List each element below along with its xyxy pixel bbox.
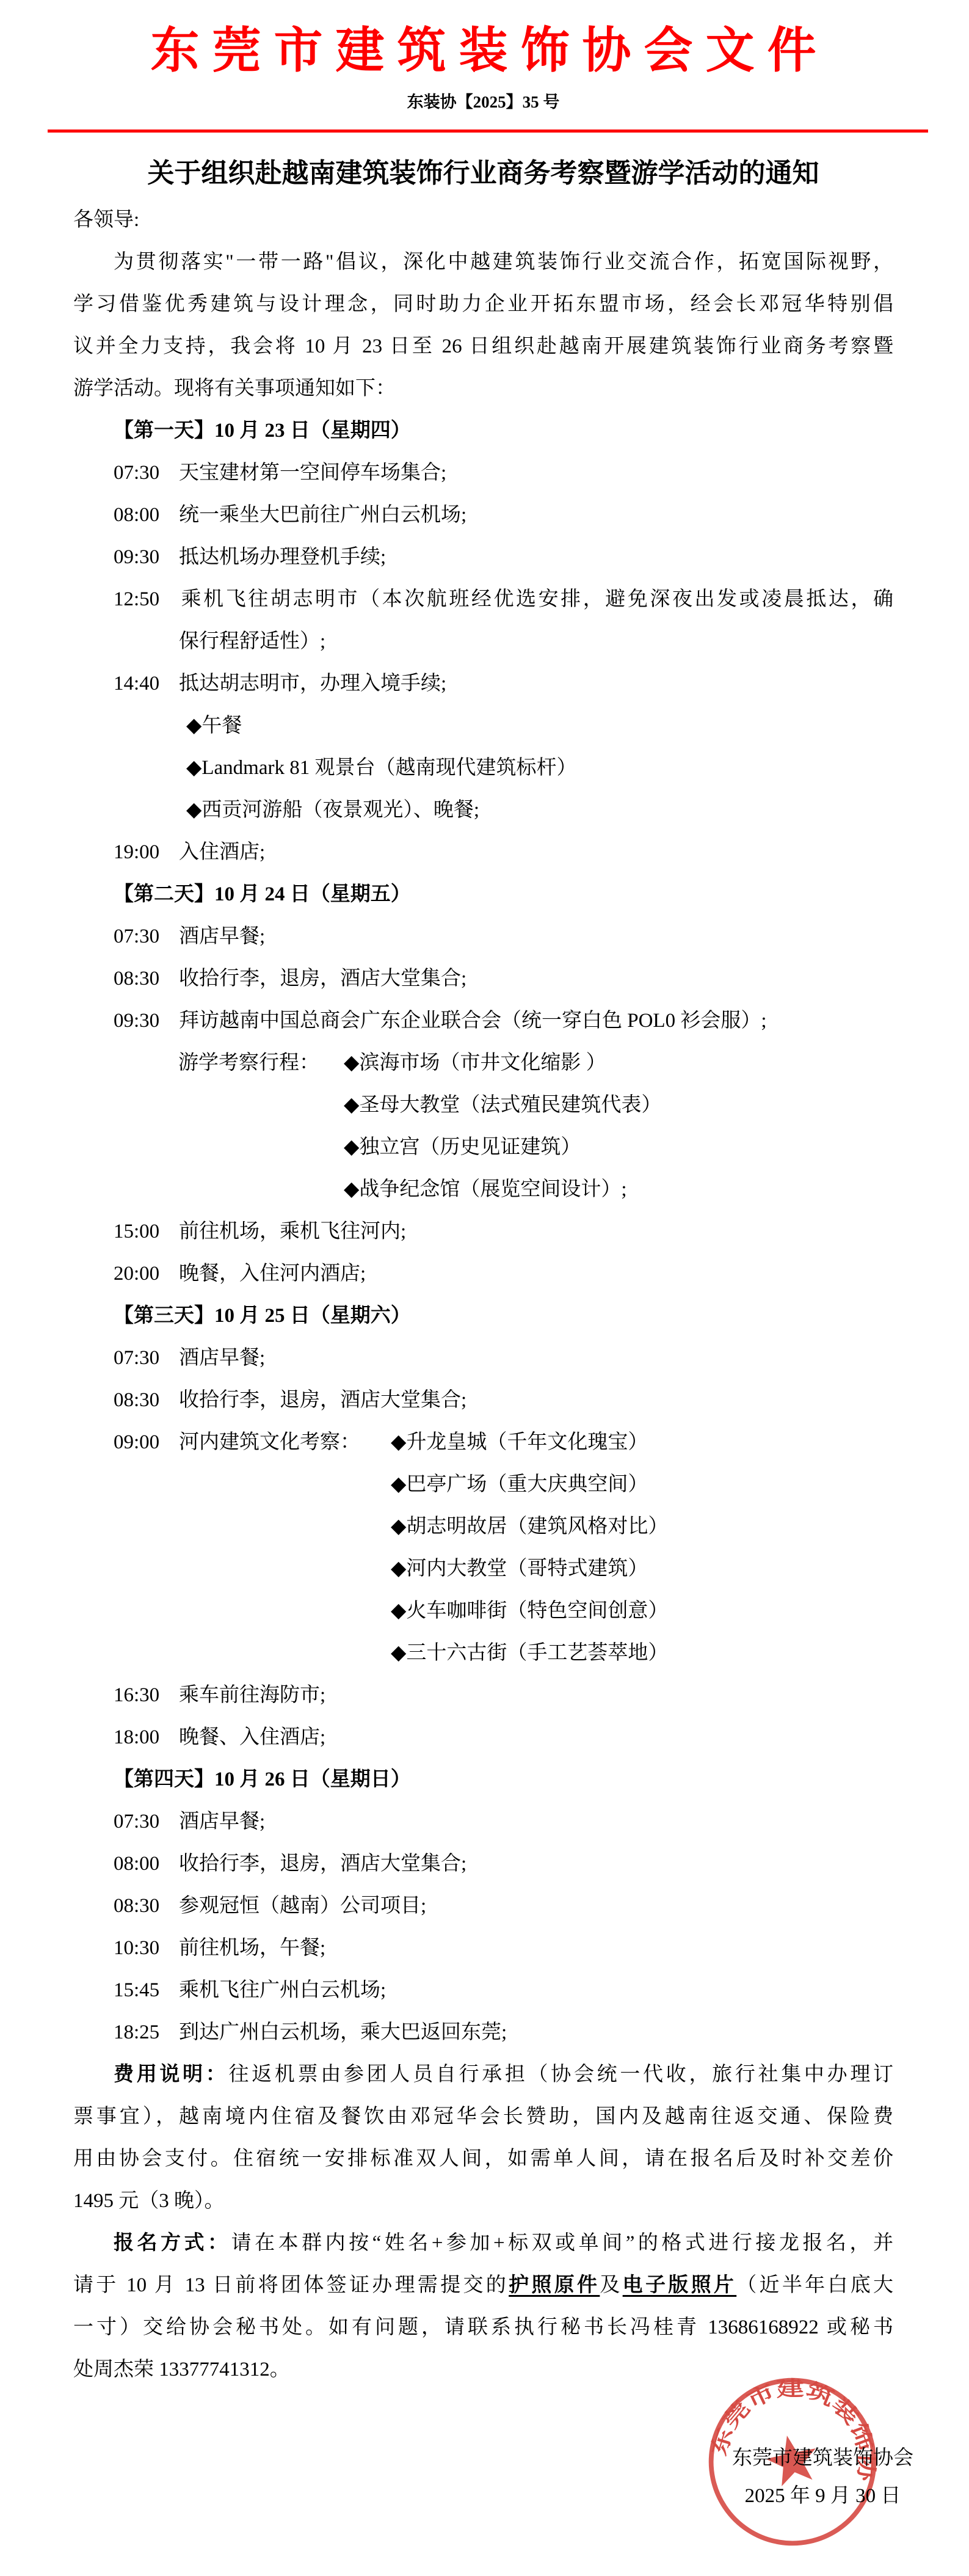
doc-line: 学习借鉴优秀建筑与设计理念，同时助力企业开拓东盟市场，经会长邓冠华特别倡 bbox=[73, 283, 893, 326]
doc-line: 08:00收拾行李，退房，酒店大堂集合; bbox=[73, 1843, 893, 1885]
doc-line: 16:30乘车前往海防市; bbox=[73, 1674, 893, 1717]
time-label: 07:30 bbox=[114, 916, 179, 958]
doc-line: 游学考察行程：◆滨海市场（市井文化缩影 ） bbox=[73, 1042, 893, 1084]
text-run: 请在本群内按“姓名+参加+标双或单间”的格式进行接龙报名，并 bbox=[231, 2232, 893, 2254]
text-run: （近半年白底大 bbox=[736, 2274, 893, 2296]
time-label: 07:30 bbox=[114, 1337, 179, 1379]
text-run: 晚餐、入住酒店; bbox=[179, 1726, 325, 1748]
text-run: 【第一天】10 月 23 日（星期四） bbox=[114, 420, 411, 442]
time-label: 16:30 bbox=[114, 1674, 179, 1717]
time-label: 07:30 bbox=[114, 452, 179, 494]
text-run: 电子版照片 bbox=[623, 2274, 737, 2296]
doc-line: 08:00统一乘坐大巴前往广州白云机场; bbox=[73, 494, 893, 536]
doc-line: 07:30酒店早餐; bbox=[73, 916, 893, 958]
signature-org: 东莞市建筑装饰协会 bbox=[732, 2439, 913, 2477]
text-run: ◆午餐 bbox=[186, 715, 242, 737]
text-run: 【第四天】10 月 26 日（星期日） bbox=[114, 1768, 411, 1790]
doc-line: 08:30收拾行李，退房，酒店大堂集合; bbox=[73, 1379, 893, 1421]
time-label: 08:00 bbox=[114, 1843, 179, 1885]
text-run: 游学活动。现将有关事项通知如下： bbox=[73, 378, 396, 400]
text-run: 一寸）交给协会秘书处。如有问题，请联系执行秘书长冯桂青 13686168922 … bbox=[73, 2316, 893, 2338]
time-label: 15:45 bbox=[114, 1969, 179, 2012]
text-run: 费用说明： bbox=[114, 2063, 229, 2085]
time-label: 20:00 bbox=[114, 1253, 179, 1295]
text-run: 前往机场，午餐; bbox=[179, 1937, 325, 1959]
doc-line: 处周杰荣 13377741312。 bbox=[73, 2349, 893, 2391]
time-label: 10:30 bbox=[114, 1927, 179, 1969]
doc-line: 08:30参观冠恒（越南）公司项目; bbox=[73, 1885, 893, 1927]
doc-line: 【第三天】10 月 25 日（星期六） bbox=[73, 1295, 893, 1337]
time-label: 08:30 bbox=[114, 958, 179, 1000]
text-run: ◆圣母大教堂（法式殖民建筑代表） bbox=[344, 1094, 661, 1116]
time-label: 15:00 bbox=[114, 1211, 179, 1253]
doc-line: 【第四天】10 月 26 日（星期日） bbox=[73, 1759, 893, 1801]
text-run: 处周杰荣 13377741312。 bbox=[73, 2359, 290, 2381]
text-run: 各领导: bbox=[73, 209, 139, 231]
text-run: 抵达胡志明市，办理入境手续; bbox=[179, 673, 446, 695]
document-body: 各领导:为贯彻落实"一带一路"倡议，深化中越建筑装饰行业交流合作，拓宽国际视野，… bbox=[73, 199, 893, 2391]
text-run: 乘机飞往胡志明市（本次航班经优选安排，避免深夜出发或凌晨抵达，确 bbox=[179, 588, 893, 610]
doc-line: ◆西贡河游船（夜景观光）、晚餐; bbox=[73, 789, 893, 831]
signature-block: 东莞市建筑装饰协会 2025 年 9 月 30 日 bbox=[732, 2439, 913, 2515]
doc-line: ◆火车咖啡街（特色空间创意） bbox=[73, 1590, 893, 1632]
text-run: 到达广州白云机场，乘大巴返回东莞; bbox=[179, 2021, 507, 2043]
doc-line: 15:45乘机飞往广州白云机场; bbox=[73, 1969, 893, 2012]
text-run: 收拾行李，退房，酒店大堂集合; bbox=[179, 1389, 466, 1411]
text-run: 请于 10 月 13 日前将团体签证办理需提交的 bbox=[73, 2274, 509, 2296]
text-run: 乘机飞往广州白云机场; bbox=[179, 1979, 386, 2001]
time-label: 12:50 bbox=[114, 578, 179, 621]
text-run: ◆独立宫（历史见证建筑） bbox=[344, 1136, 581, 1158]
doc-line: ◆独立宫（历史见证建筑） bbox=[73, 1126, 893, 1169]
doc-line: 09:00河内建筑文化考察：◆升龙皇城（千年文化瑰宝） bbox=[73, 1421, 893, 1464]
doc-line: 07:30酒店早餐; bbox=[73, 1801, 893, 1843]
doc-line: 议并全力支持，我会将 10 月 23 日至 26 日组织赴越南开展建筑装饰行业商… bbox=[73, 326, 893, 368]
doc-line: 票事宜），越南境内住宿及餐饮由邓冠华会长赞助，国内及越南往返交通、保险费 bbox=[73, 2096, 893, 2138]
doc-line: 18:00晚餐、入住酒店; bbox=[73, 1717, 893, 1759]
time-label: 09:30 bbox=[114, 536, 179, 578]
doc-line: 一寸）交给协会秘书处。如有问题，请联系执行秘书长冯桂青 13686168922 … bbox=[73, 2307, 893, 2349]
text-run: 学习借鉴优秀建筑与设计理念，同时助力企业开拓东盟市场，经会长邓冠华特别倡 bbox=[73, 293, 893, 315]
text-run: 乘车前往海防市; bbox=[179, 1684, 325, 1706]
doc-line: 07:30天宝建材第一空间停车场集合; bbox=[73, 452, 893, 494]
time-label: 07:30 bbox=[114, 1801, 179, 1843]
text-run: 议并全力支持，我会将 10 月 23 日至 26 日组织赴越南开展建筑装饰行业商… bbox=[73, 335, 893, 357]
doc-line: 报名方式：请在本群内按“姓名+参加+标双或单间”的格式进行接龙报名，并 bbox=[73, 2222, 893, 2264]
doc-line: 12:50乘机飞往胡志明市（本次航班经优选安排，避免深夜出发或凌晨抵达，确 bbox=[73, 578, 893, 621]
doc-line: 费用说明：往返机票由参团人员自行承担（协会统一代收，旅行社集中办理订 bbox=[73, 2054, 893, 2096]
text-run: 酒店早餐; bbox=[179, 1811, 265, 1833]
text-run: 晚餐，入住河内酒店; bbox=[179, 1263, 366, 1285]
time-label: 08:00 bbox=[114, 494, 179, 536]
doc-line: ◆战争纪念馆（展览空间设计）; bbox=[73, 1169, 893, 1211]
text-run: 入住酒店; bbox=[179, 841, 265, 863]
doc-line: 09:30抵达机场办理登机手续; bbox=[73, 536, 893, 578]
text-run: ◆胡志明故居（建筑风格对比） bbox=[391, 1516, 668, 1538]
text-run: 游学考察行程： bbox=[178, 1052, 319, 1074]
text-run: ◆河内大教堂（哥特式建筑） bbox=[391, 1558, 648, 1580]
text-run: 保行程舒适性）; bbox=[179, 630, 325, 652]
time-label: 08:30 bbox=[114, 1885, 179, 1927]
doc-line: 【第一天】10 月 23 日（星期四） bbox=[73, 410, 893, 452]
text-run: ◆火车咖啡街（特色空间创意） bbox=[391, 1600, 668, 1622]
text-run: 抵达机场办理登机手续; bbox=[179, 546, 386, 568]
text-run: 河内建筑文化考察： bbox=[179, 1431, 360, 1453]
text-run: ◆升龙皇城（千年文化瑰宝） bbox=[391, 1431, 648, 1453]
doc-line: 15:00前往机场，乘机飞往河内; bbox=[73, 1211, 893, 1253]
text-run: 为贯彻落实"一带一路"倡议，深化中越建筑装饰行业交流合作，拓宽国际视野， bbox=[114, 251, 893, 273]
text-run: 【第三天】10 月 25 日（星期六） bbox=[114, 1305, 411, 1327]
text-run: 1495 元（3 晚）。 bbox=[73, 2190, 225, 2212]
doc-line: 10:30前往机场，午餐; bbox=[73, 1927, 893, 1969]
text-run: ◆Landmark 81 观景台（越南现代建筑标杆） bbox=[186, 757, 577, 779]
doc-line: 游学活动。现将有关事项通知如下： bbox=[73, 368, 893, 410]
doc-line: ◆午餐 bbox=[73, 705, 893, 747]
doc-line: 08:30收拾行李，退房，酒店大堂集合; bbox=[73, 958, 893, 1000]
text-run: 报名方式： bbox=[114, 2232, 231, 2254]
text-run: 收拾行李，退房，酒店大堂集合; bbox=[179, 1853, 466, 1875]
time-label: 09:30 bbox=[114, 1000, 179, 1042]
time-label: 18:25 bbox=[114, 2012, 179, 2054]
doc-line: ◆Landmark 81 观景台（越南现代建筑标杆） bbox=[73, 747, 893, 789]
notice-title: 关于组织赴越南建筑装饰行业商务考察暨游学活动的通知 bbox=[73, 157, 893, 190]
time-label: 19:00 bbox=[114, 831, 179, 874]
text-run: ◆西贡河游船（夜景观光）、晚餐; bbox=[186, 799, 479, 821]
org-title: 东莞市建筑装饰协会文件 bbox=[73, 0, 893, 77]
signature-date: 2025 年 9 月 30 日 bbox=[732, 2477, 913, 2515]
text-run: 及 bbox=[600, 2274, 622, 2296]
doc-line: 09:30拜访越南中国总商会广东企业联合会（统一穿白色 POL0 衫会服）; bbox=[73, 1000, 893, 1042]
doc-line: 19:00入住酒店; bbox=[73, 831, 893, 874]
text-run: 天宝建材第一空间停车场集合; bbox=[179, 462, 446, 484]
time-label: 14:40 bbox=[114, 663, 179, 705]
red-divider bbox=[48, 130, 928, 133]
time-label: 18:00 bbox=[114, 1717, 179, 1759]
text-run: 用由协会支付。住宿统一安排标准双人间，如需单人间，请在报名后及时补交差价 bbox=[73, 2148, 893, 2170]
doc-line: 用由协会支付。住宿统一安排标准双人间，如需单人间，请在报名后及时补交差价 bbox=[73, 2138, 893, 2180]
doc-line: ◆胡志明故居（建筑风格对比） bbox=[73, 1506, 893, 1548]
text-run: 【第二天】10 月 24 日（星期五） bbox=[114, 883, 411, 905]
doc-line: 20:00晚餐，入住河内酒店; bbox=[73, 1253, 893, 1295]
text-run: ◆战争纪念馆（展览空间设计）; bbox=[344, 1178, 627, 1200]
doc-number: 东装协【2025】35 号 bbox=[73, 93, 893, 111]
text-run: 酒店早餐; bbox=[179, 925, 265, 947]
document-page: 东莞市建筑装饰协会文件 东装协【2025】35 号 关于组织赴越南建筑装饰行业商… bbox=[0, 0, 969, 2576]
doc-line: 【第二天】10 月 24 日（星期五） bbox=[73, 874, 893, 916]
doc-line: 各领导: bbox=[73, 199, 893, 241]
text-run: 统一乘坐大巴前往广州白云机场; bbox=[179, 504, 466, 526]
doc-line: 请于 10 月 13 日前将团体签证办理需提交的护照原件及电子版照片（近半年白底… bbox=[73, 2264, 893, 2307]
text-run: ◆三十六古街（手工艺荟萃地） bbox=[391, 1642, 668, 1664]
text-run: 参观冠恒（越南）公司项目; bbox=[179, 1895, 426, 1917]
doc-line: ◆三十六古街（手工艺荟萃地） bbox=[73, 1632, 893, 1674]
time-label: 09:00 bbox=[114, 1421, 179, 1464]
doc-line: 保行程舒适性）; bbox=[73, 621, 893, 663]
doc-line: 07:30酒店早餐; bbox=[73, 1337, 893, 1379]
doc-line: 14:40抵达胡志明市，办理入境手续; bbox=[73, 663, 893, 705]
text-run: 收拾行李，退房，酒店大堂集合; bbox=[179, 968, 466, 990]
doc-line: 18:25到达广州白云机场，乘大巴返回东莞; bbox=[73, 2012, 893, 2054]
doc-line: ◆巴亭广场（重大庆典空间） bbox=[73, 1464, 893, 1506]
doc-line: 1495 元（3 晚）。 bbox=[73, 2180, 893, 2222]
doc-line: ◆河内大教堂（哥特式建筑） bbox=[73, 1548, 893, 1590]
text-run: ◆巴亭广场（重大庆典空间） bbox=[391, 1473, 648, 1495]
text-run: 票事宜），越南境内住宿及餐饮由邓冠华会长赞助，国内及越南往返交通、保险费 bbox=[73, 2106, 893, 2128]
text-run: 酒店早餐; bbox=[179, 1347, 265, 1369]
doc-line: ◆圣母大教堂（法式殖民建筑代表） bbox=[73, 1084, 893, 1126]
text-run: 前往机场，乘机飞往河内; bbox=[179, 1220, 406, 1242]
doc-line: 为贯彻落实"一带一路"倡议，深化中越建筑装饰行业交流合作，拓宽国际视野， bbox=[73, 241, 893, 283]
text-run: 往返机票由参团人员自行承担（协会统一代收，旅行社集中办理订 bbox=[229, 2063, 894, 2085]
text-run: ◆滨海市场（市井文化缩影 ） bbox=[344, 1052, 606, 1074]
text-run: 护照原件 bbox=[509, 2274, 600, 2296]
text-run: 拜访越南中国总商会广东企业联合会（统一穿白色 POL0 衫会服）; bbox=[179, 1010, 767, 1032]
time-label: 08:30 bbox=[114, 1379, 179, 1421]
